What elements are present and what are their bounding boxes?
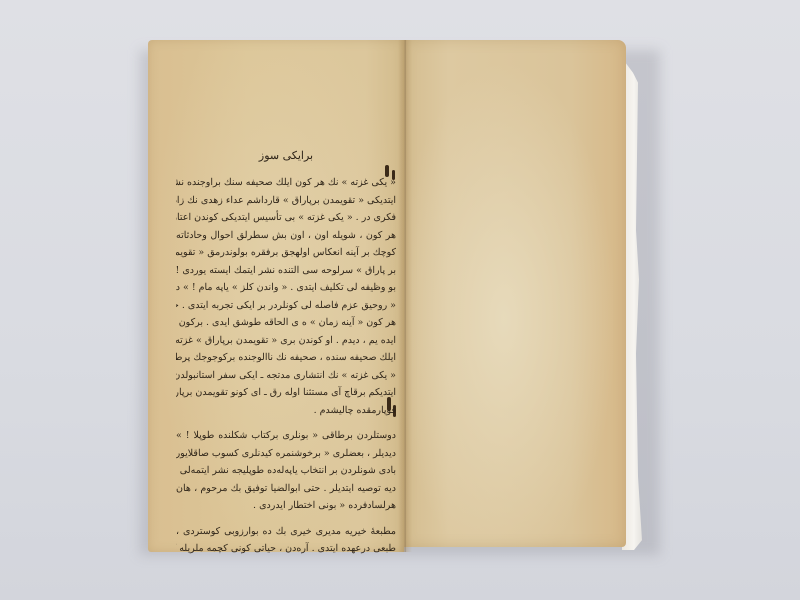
book-gutter [398,40,412,552]
text-line: بادی شونلردن بر انتخاب یاپه‌لەدە طوپلیجه… [176,462,396,480]
text-line: مطبعهٔ خیریه مدیری خیری بك ده بوارزوبی ک… [176,523,396,541]
text-line: « یکی غزته » نك انتشاری مدتجه ـ ایکی سفر… [176,367,396,385]
text-line: دیه توصیه ایتدیلر . حتی ابوالضیا توفیق ب… [176,480,396,498]
text-line: دیدیلر ، بعضلری « برخوشنمره کیدنلری کسوب… [176,445,396,463]
text-line: بو وظیفه لی تکلیف ایتدی . « واندن کلز » … [176,279,396,297]
right-page [404,40,626,547]
text-line: ایده یم ، دیدم . او کوندن بری « تقویمدن … [176,332,396,350]
paragraph-1: « یکی غزته » نك هر کون ایلك صحیفه سنك بر… [176,174,396,367]
paragraph-4: مطبعهٔ خیریه مدیری خیری بك ده بوارزوبی ک… [176,523,396,558]
text-line: « یکی غزته » نك هر کون ایلك صحیفه سنك بر… [176,174,396,192]
text-line: دوستلردن برطاقی « بونلری برکتاب شکلنده ط… [176,427,396,445]
text-line: فکری در . « یکی غزته » بی تأسیس ایتدیکی … [176,209,396,227]
text-line: ایتدیکم برقاچ آی مستثنا اوله رق ـ ای کون… [176,384,396,402]
text-line: ایلك صحیفه سنده ، صحیفه نك ناالوجنده برک… [176,349,396,367]
text-line: کوچك بر آینه انعکاس اولهجق برفقره بولوند… [176,244,396,262]
left-page-text: برایکی سوز « یکی غزته » نك هر کون ایلك ص… [176,148,396,558]
text-line: هر کون ، شویله اون ، اون بش سطرلق احوال … [176,227,396,245]
text-line: هر کون « آینه زمان » ه ی الحاقه طوشق اید… [176,314,396,332]
text-line: بر پاراق » سرلوحه سی التنده نشر ایتمك ای… [176,262,396,280]
text-line: هرلسادفرده « بونی اختطار ایدردی . [176,497,396,515]
page-title: برایکی سوز [176,148,396,164]
text-line: طبعی درعهده ایتدی . آرەدن ، حیاتی کونی ک… [176,540,396,558]
paragraph-2: « یکی غزته » نك انتشاری مدتجه ـ ایکی سفر… [176,367,396,420]
text-line: قوپارمقده چالیشدم . [176,402,396,420]
paragraph-3: دوستلردن برطاقی « بونلری برکتاب شکلنده ط… [176,427,396,515]
text-line: « روحیق عزم فاصله لی کونلردر بر ایکی تجر… [176,297,396,315]
text-line: ایتدیکی « تقویمدن برپاراق » قارداشم عداء… [176,192,396,210]
